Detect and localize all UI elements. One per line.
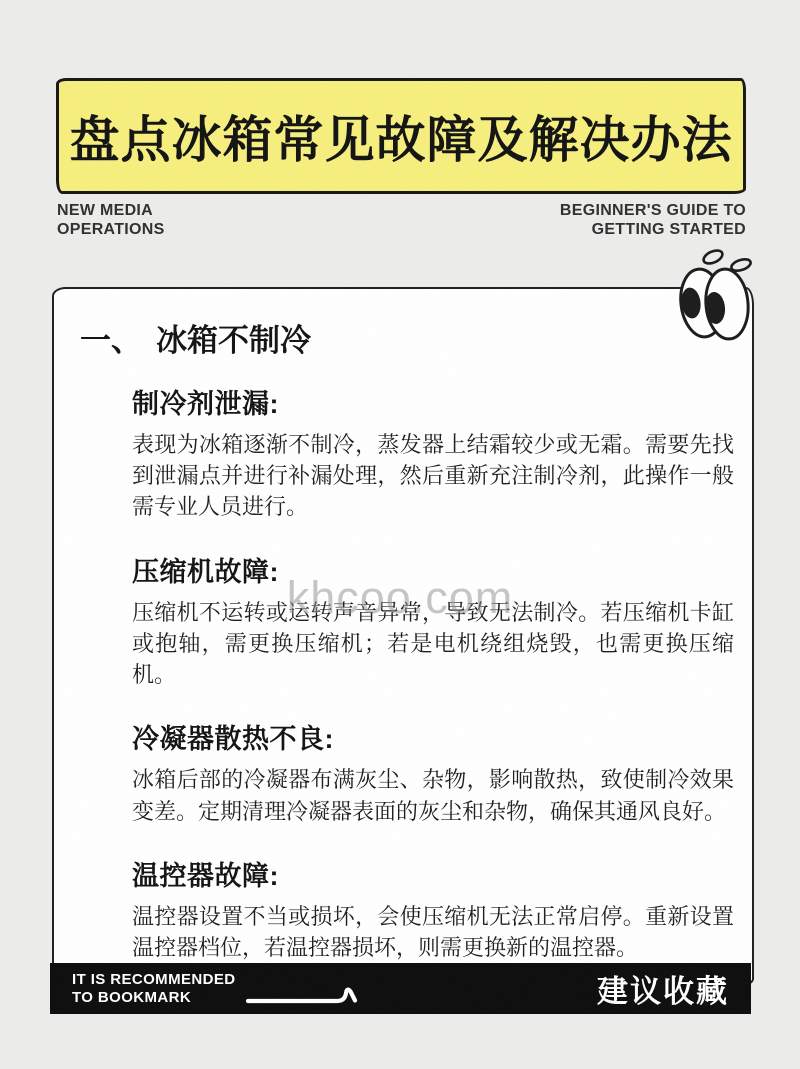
bookmark-underline-arrow-icon (245, 984, 361, 1008)
subtitle-left: NEW MEDIA OPERATIONS (57, 202, 165, 239)
fault-item-thermostat: 温控器故障: 温控器设置不当或损坏，会使压缩机无法正常启停。重新设置温控器档位，… (132, 854, 726, 963)
fault-body: 表现为冰箱逐渐不制冷，蒸发器上结霜较少或无霜。需要先找到泄漏点并进行补漏处理，然… (132, 429, 734, 523)
footer-left-text: IT IS RECOMMENDED TO BOOKMARK (72, 971, 235, 1006)
content-card: 一、冰箱不制冷 制冷剂泄漏: 表现为冰箱逐渐不制冷，蒸发器上结霜较少或无霜。需要… (52, 287, 754, 987)
section-name: 冰箱不制冷 (156, 323, 311, 358)
footer-left-line1: IT IS RECOMMENDED (72, 971, 235, 989)
poster-page: 盘点冰箱常见故障及解决办法 NEW MEDIA OPERATIONS BEGIN… (0, 0, 800, 1069)
subtitle-row: NEW MEDIA OPERATIONS BEGINNER'S GUIDE TO… (57, 202, 746, 239)
fault-heading: 冷凝器散热不良: (132, 717, 726, 756)
fault-item-compressor: 压缩机故障: 压缩机不运转或运转声音异常，导致无法制冷。若压缩机卡缸或抱轴，需更… (132, 550, 726, 691)
fault-body: 冰箱后部的冷凝器布满灰尘、杂物，影响散热，致使制冷效果变差。定期清理冷凝器表面的… (132, 764, 734, 826)
subtitle-right: BEGINNER'S GUIDE TO GETTING STARTED (560, 202, 746, 239)
fault-heading: 制冷剂泄漏: (132, 382, 726, 421)
fault-body: 温控器设置不当或损坏，会使压缩机无法正常启停。重新设置温控器档位，若温控器损坏，… (132, 901, 734, 963)
subtitle-left-line1: NEW MEDIA (57, 202, 165, 221)
fault-heading: 压缩机故障: (132, 550, 726, 589)
footer-cta-text: 建议收藏 (597, 966, 729, 1011)
footer-bar: IT IS RECOMMENDED TO BOOKMARK 建议收藏 (50, 963, 751, 1014)
fault-body: 压缩机不运转或运转声音异常，导致无法制冷。若压缩机卡缸或抱轴，需更换压缩机；若是… (132, 597, 734, 691)
section-title: 一、冰箱不制冷 (80, 315, 726, 360)
subtitle-left-line2: OPERATIONS (57, 221, 165, 240)
section-number: 一、 (80, 323, 142, 358)
title-banner: 盘点冰箱常见故障及解决办法 (56, 78, 746, 194)
fault-heading: 温控器故障: (132, 854, 726, 893)
fault-item-condenser: 冷凝器散热不良: 冰箱后部的冷凝器布满灰尘、杂物，影响散热，致使制冷效果变差。定… (132, 717, 726, 826)
fault-item-refrigerant-leak: 制冷剂泄漏: 表现为冰箱逐渐不制冷，蒸发器上结霜较少或无霜。需要先找到泄漏点并进… (132, 382, 726, 523)
page-title: 盘点冰箱常见故障及解决办法 (70, 100, 733, 172)
footer-left-line2: TO BOOKMARK (72, 989, 235, 1007)
googly-eyes-icon (662, 235, 764, 355)
subtitle-right-line1: BEGINNER'S GUIDE TO (560, 202, 746, 221)
